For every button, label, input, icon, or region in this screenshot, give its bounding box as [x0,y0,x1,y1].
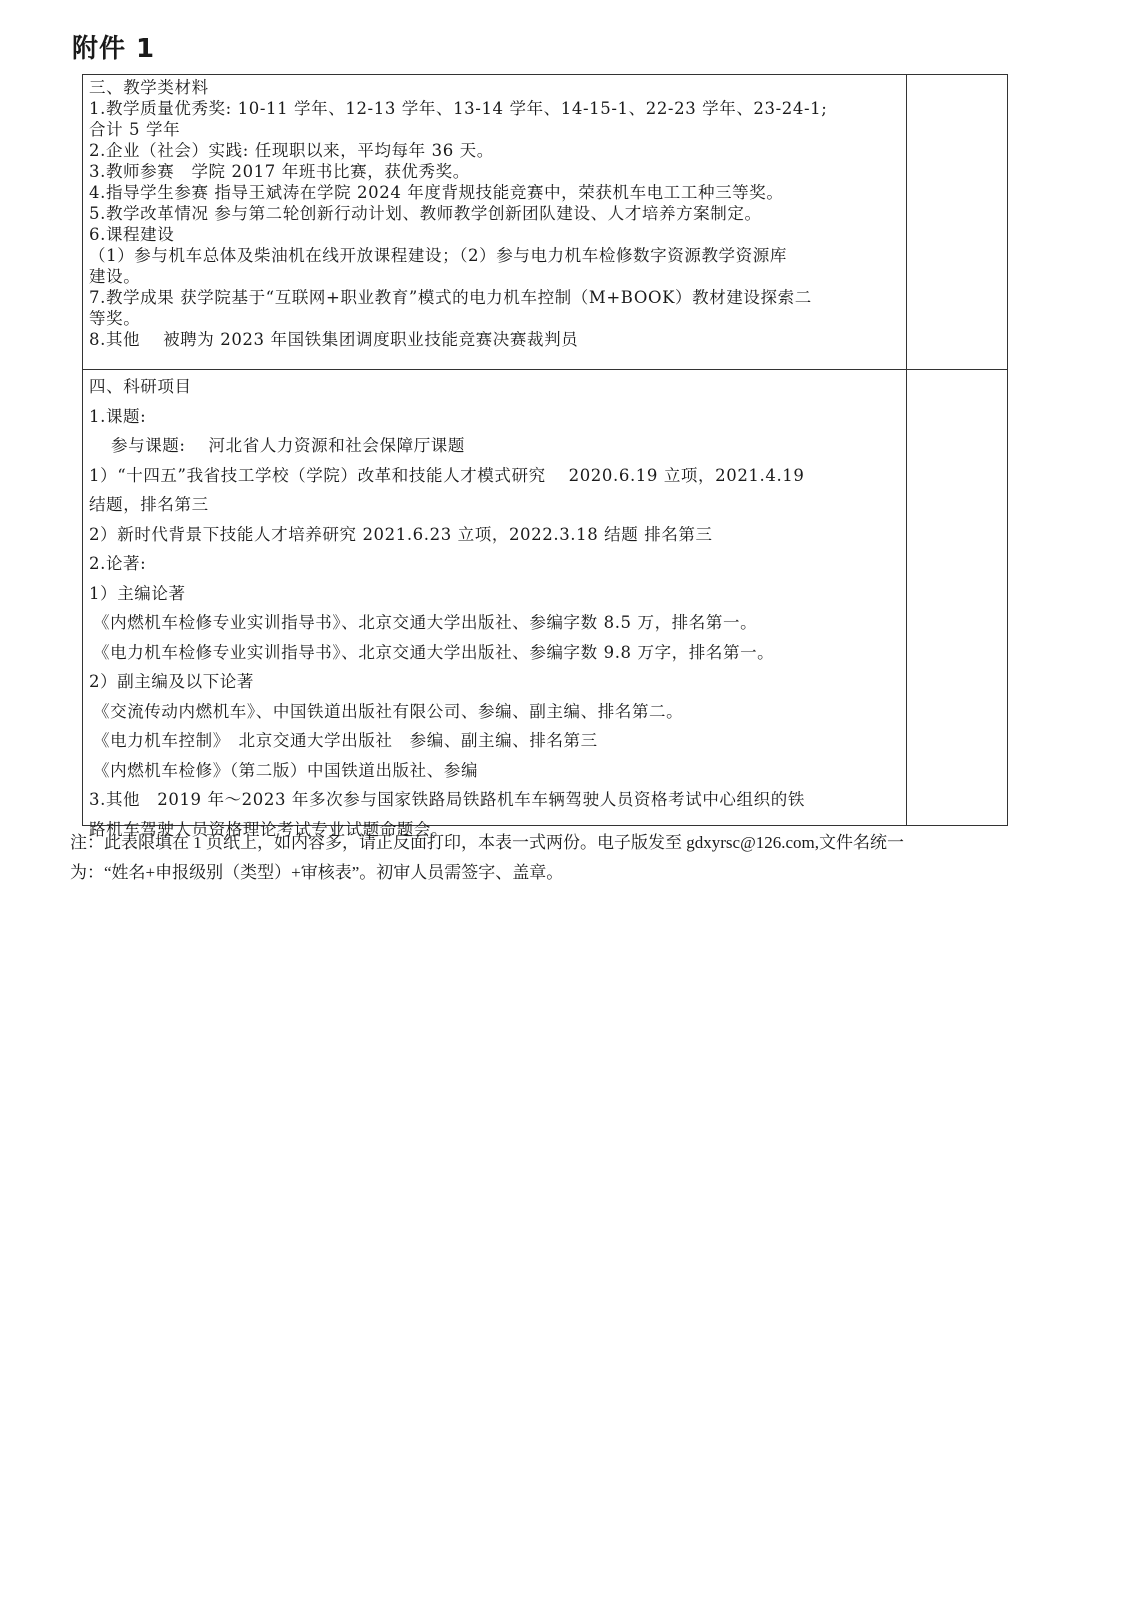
research-projects-review-cell [907,370,1007,825]
section-line: 《内燃机车检修》（第二版）中国铁道出版社、参编 [89,756,902,786]
section-line: 结题，排名第三 [89,490,902,520]
section-line: 《交流传动内燃机车》、中国铁道出版社有限公司、参编、副主编、排名第二。 [89,697,902,727]
section-heading: 四、科研项目 [89,372,902,402]
section-line: 1）“十四五”我省技工学校（学院）改革和技能人才模式研究 2020.6.19 立… [89,461,902,491]
footnote-line-2: 为：“姓名+申报级别（类型）+审核表”。初审人员需签字、盖章。 [70,858,1050,888]
footnote: 注：此表限填在 1 页纸上，如内容多，请正反面打印，本表一式两份。电子版发至 g… [70,828,1050,888]
review-form-table: 三、教学类材料1.教学质量优秀奖: 10-11 学年、12-13 学年、13-1… [82,74,1008,826]
section-line: 4.指导学生参赛 指导王斌涛在学院 2024 年度背规技能竞赛中，荣获机车电工工… [89,182,902,203]
section-line: 合计 5 学年 [89,119,902,140]
section-line: 2）副主编及以下论著 [89,667,902,697]
section-line: 等奖。 [89,308,902,329]
section-line: 2.企业（社会）实践: 任现职以来，平均每年 36 天。 [89,140,902,161]
footnote-line-1: 注：此表限填在 1 页纸上，如内容多，请正反面打印，本表一式两份。电子版发至 g… [70,828,1050,858]
section-line: 3.其他 2019 年～2023 年多次参与国家铁路局铁路机车车辆驾驶人员资格考… [89,785,902,815]
research-projects-cell: 四、科研项目1.课题:参与课题: 河北省人力资源和社会保障厅课题1）“十四五”我… [83,370,907,825]
section-line: 1.教学质量优秀奖: 10-11 学年、12-13 学年、13-14 学年、14… [89,98,902,119]
section-line: 参与课题: 河北省人力资源和社会保障厅课题 [89,431,902,461]
section-line: 《电力机车检修专业实训指导书》、北京交通大学出版社、参编字数 9.8 万字，排名… [89,638,902,668]
teaching-materials-cell: 三、教学类材料1.教学质量优秀奖: 10-11 学年、12-13 学年、13-1… [83,75,907,369]
section-line: 建设。 [89,266,902,287]
section-line: （1）参与机车总体及柴油机在线开放课程建设；（2）参与电力机车检修数字资源教学资… [89,245,902,266]
teaching-materials-review-cell [907,75,1007,369]
section-line: 7.教学成果 获学院基于“互联网+职业教育”模式的电力机车控制（M+BOOK）教… [89,287,902,308]
attachment-label: 附件 1 [72,28,155,65]
section-line: 5.教学改革情况 参与第二轮创新行动计划、教师教学创新团队建设、人才培养方案制定… [89,203,902,224]
section-heading: 三、教学类材料 [89,77,902,98]
section-line: 2）新时代背景下技能人才培养研究 2021.6.23 立项，2022.3.18 … [89,520,902,550]
section-line: 《电力机车控制》 北京交通大学出版社 参编、副主编、排名第三 [89,726,902,756]
section-line: 6.课程建设 [89,224,902,245]
section-line: 3.教师参赛 学院 2017 年班书比赛，获优秀奖。 [89,161,902,182]
research-projects-row: 四、科研项目1.课题:参与课题: 河北省人力资源和社会保障厅课题1）“十四五”我… [83,370,1007,825]
section-line: 1）主编论著 [89,579,902,609]
section-line: 《内燃机车检修专业实训指导书》、北京交通大学出版社、参编字数 8.5 万，排名第… [89,608,902,638]
section-line: 2.论著: [89,549,902,579]
section-line: 1.课题: [89,402,902,432]
teaching-materials-row: 三、教学类材料1.教学质量优秀奖: 10-11 学年、12-13 学年、13-1… [83,75,1007,370]
section-line: 8.其他 被聘为 2023 年国铁集团调度职业技能竞赛决赛裁判员 [89,329,902,350]
